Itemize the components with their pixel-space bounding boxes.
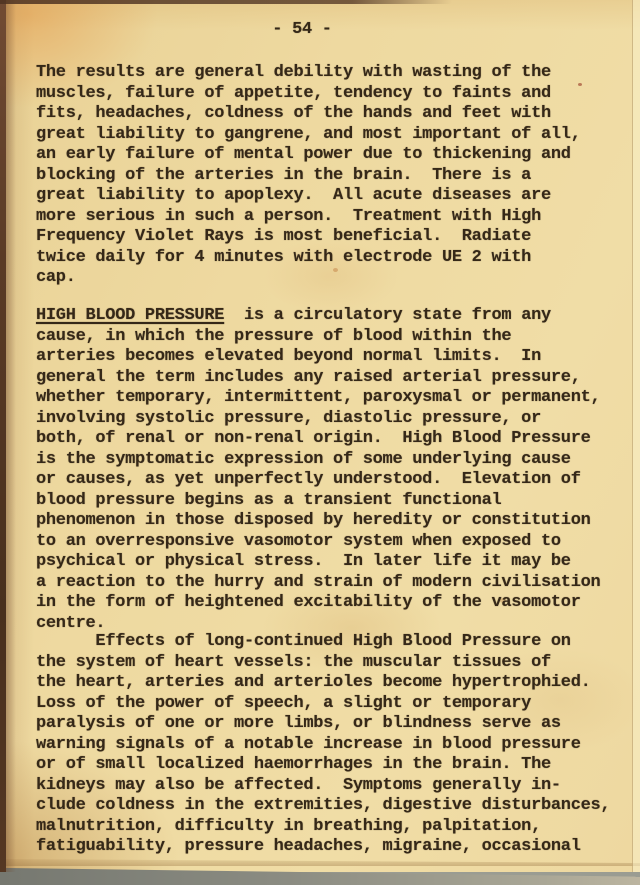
- paragraph-high-blood-pressure: HIGH BLOOD PRESSURE is a circulatory sta…: [36, 306, 636, 634]
- paragraph-results: The results are general debility with wa…: [36, 63, 636, 289]
- scan-edge-right: [632, 0, 640, 872]
- scan-edge-left-fade: [6, 0, 16, 872]
- paragraph-effects: Effects of long-continued High Blood Pre…: [36, 632, 636, 858]
- paragraph-high-blood-pressure-body: is a circulatory state from any cause, i…: [36, 306, 600, 633]
- scanned-page: - 54 - The results are general debility …: [0, 0, 640, 885]
- page-number: - 54 -: [0, 20, 604, 41]
- section-heading-high-blood-pressure: HIGH BLOOD PRESSURE: [36, 306, 224, 325]
- scan-edge-top: [0, 0, 452, 4]
